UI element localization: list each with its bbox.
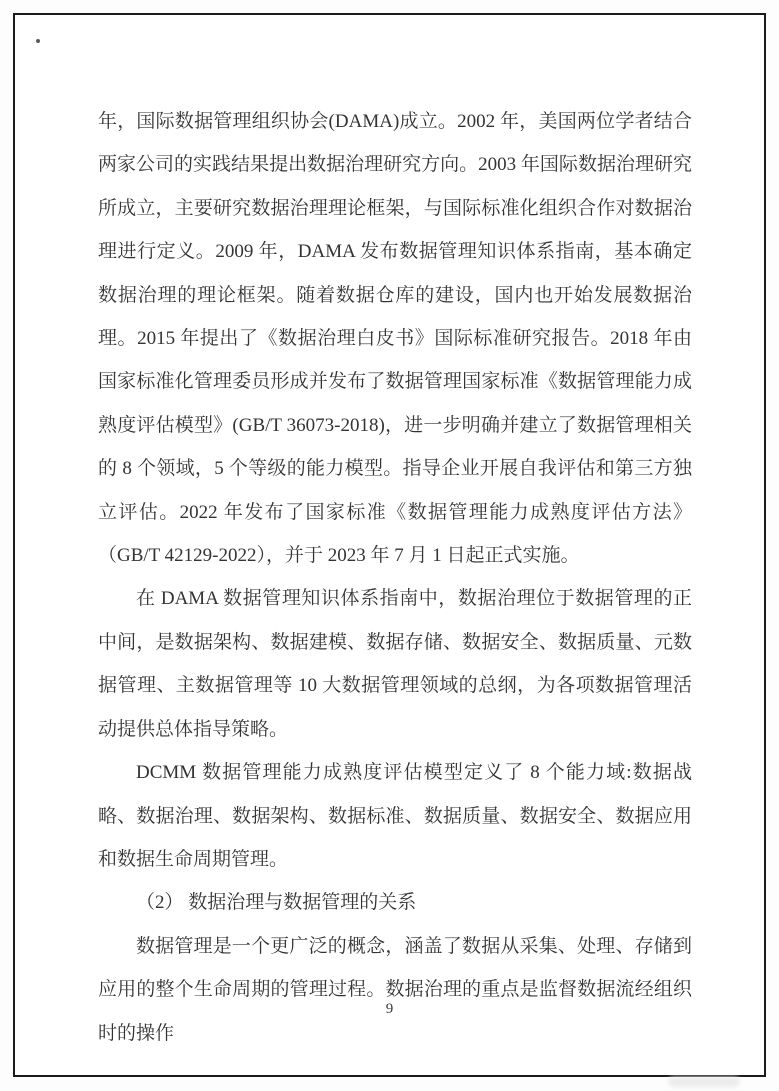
paragraph: （2） 数据治理与数据管理的关系 [98,881,692,924]
scan-artifact-speck [36,39,40,43]
paragraph: DCMM 数据管理能力成熟度评估模型定义了 8 个能力域:数据战略、数据治理、数… [98,751,692,881]
paragraph: 在 DAMA 数据管理知识体系指南中，数据治理位于数据管理的正中间，是数据架构、… [98,577,692,751]
text-block: 年，国际数据管理组织协会(DAMA)成立。2002 年，美国两位学者结合两家公司… [98,100,692,1055]
paragraph: 数据管理是一个更广泛的概念，涵盖了数据从采集、处理、存储到应用的整个生命周期的管… [98,925,692,1055]
scan-artifact-smudge [668,1077,740,1087]
paragraph: 年，国际数据管理组织协会(DAMA)成立。2002 年，美国两位学者结合两家公司… [98,100,692,577]
document-page: 年，国际数据管理组织协会(DAMA)成立。2002 年，美国两位学者结合两家公司… [13,13,766,1077]
page-number: 9 [15,1001,764,1018]
